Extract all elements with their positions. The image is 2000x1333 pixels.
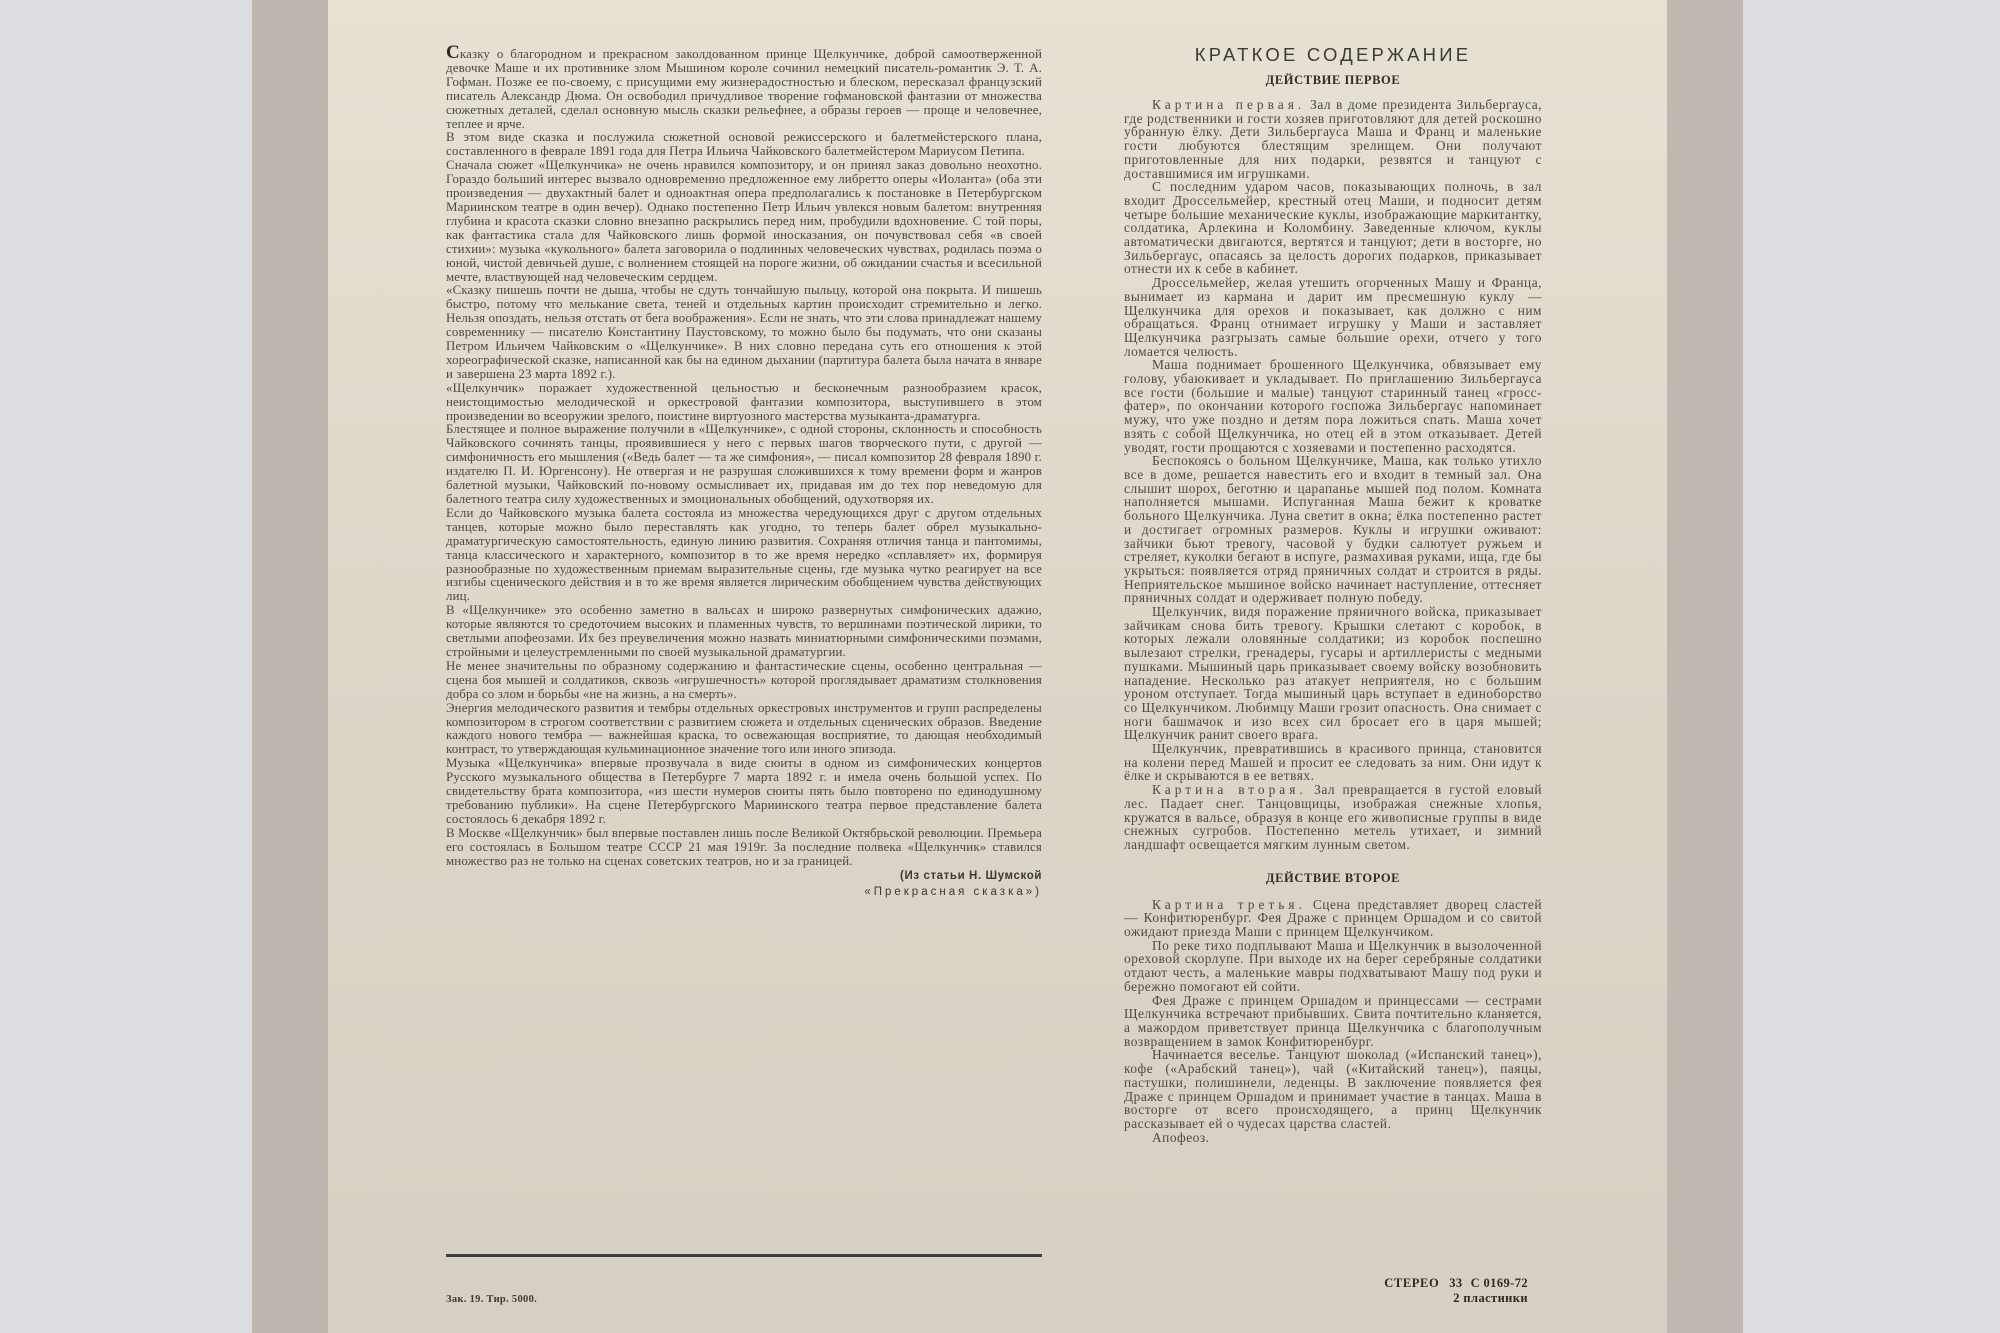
horizontal-rule — [446, 1254, 1042, 1257]
grey-board-edge-left — [252, 0, 328, 1333]
synopsis-paragraph: Картина третья. Сцена представляет дворе… — [1124, 898, 1542, 939]
stereo-label: СТЕРЕО — [1384, 1276, 1439, 1290]
disc-count: 2 пластинки — [1320, 1291, 1528, 1306]
synopsis-paragraph: Картина вторая. Зал превращается в густо… — [1124, 783, 1542, 852]
synopsis-paragraph: Начинается веселье. Танцуют шоколад («Ис… — [1124, 1048, 1542, 1130]
article-paragraph: В этом виде сказка и послужила сюжетной … — [446, 131, 1042, 159]
synopsis-paragraph: Дроссельмейер, желая утешить огорченных … — [1124, 276, 1542, 358]
act-two-heading: ДЕЙСТВИЕ ВТОРОЕ — [1124, 870, 1542, 886]
act-one-heading: ДЕЙСТВИЕ ПЕРВОЕ — [1124, 72, 1542, 88]
article-paragraph: Не менее значительны по образному содерж… — [446, 660, 1042, 702]
print-run-imprint: Зак. 19. Тир. 5000. — [446, 1294, 537, 1305]
synopsis-paragraph: Беспокоясь о больном Щелкунчике, Маша, к… — [1124, 454, 1542, 605]
article-paragraph: В Москве «Щелкунчик» был впервые поставл… — [446, 827, 1042, 869]
synopsis-title: КРАТКОЕ СОДЕРЖАНИЕ — [1124, 44, 1542, 66]
synopsis-paragraph: Маша поднимает брошенного Щелкунчика, об… — [1124, 358, 1542, 454]
speed-rpm: 33 — [1449, 1276, 1462, 1290]
article-column: Сказку о благородном и прекрасном заколд… — [446, 48, 1042, 900]
synopsis-paragraph: По реке тихо подплывают Маша и Щелкунчик… — [1124, 939, 1542, 994]
attribution-author: (Из статьи Н. Шумской — [446, 868, 1042, 884]
catalog-number: С 0169-72 — [1471, 1276, 1528, 1290]
grey-board-edge-right — [1667, 0, 1743, 1333]
synopsis-paragraph: С последним ударом часов, показывающих п… — [1124, 180, 1542, 276]
drop-cap: С — [446, 42, 460, 63]
article-paragraph: «Сказку пишешь почти не дыша, чтобы не с… — [446, 284, 1042, 381]
synopsis-paragraph: Апофеоз. — [1124, 1131, 1542, 1145]
article-paragraph: Музыка «Щелкунчика» впервые прозвучала в… — [446, 757, 1042, 827]
synopsis-paragraph: Щелкунчик, видя поражение пряничного вой… — [1124, 605, 1542, 742]
catalog-info: СТЕРЕО33С 0169-72 2 пластинки — [1320, 1276, 1528, 1306]
article-paragraph: Сказку о благородном и прекрасном заколд… — [446, 48, 1042, 131]
article-attribution: (Из статьи Н. Шумской «Прекрасная сказка… — [446, 868, 1042, 900]
article-paragraph: «Щелкунчик» поражает художественной цель… — [446, 382, 1042, 424]
synopsis-paragraph: Картина первая. Зал в доме президента Зи… — [1124, 98, 1542, 180]
article-paragraph: Энергия мелодического развития и тембры … — [446, 702, 1042, 758]
synopsis-paragraph: Фея Драже с принцем Оршадом и принцессам… — [1124, 994, 1542, 1049]
article-paragraph: Если до Чайковского музыка балета состоя… — [446, 507, 1042, 604]
synopsis-column: КРАТКОЕ СОДЕРЖАНИЕ ДЕЙСТВИЕ ПЕРВОЕ Карти… — [1124, 44, 1542, 1144]
attribution-title: «Прекрасная сказка») — [446, 884, 1042, 900]
article-paragraph: Блестящее и полное выражение получили в … — [446, 423, 1042, 506]
synopsis-paragraph: Щелкунчик, превратившись в красивого при… — [1124, 742, 1542, 783]
article-paragraph: В «Щелкунчике» это особенно заметно в ва… — [446, 604, 1042, 660]
article-paragraph: Сначала сюжет «Щелкунчика» не очень нрав… — [446, 159, 1042, 284]
